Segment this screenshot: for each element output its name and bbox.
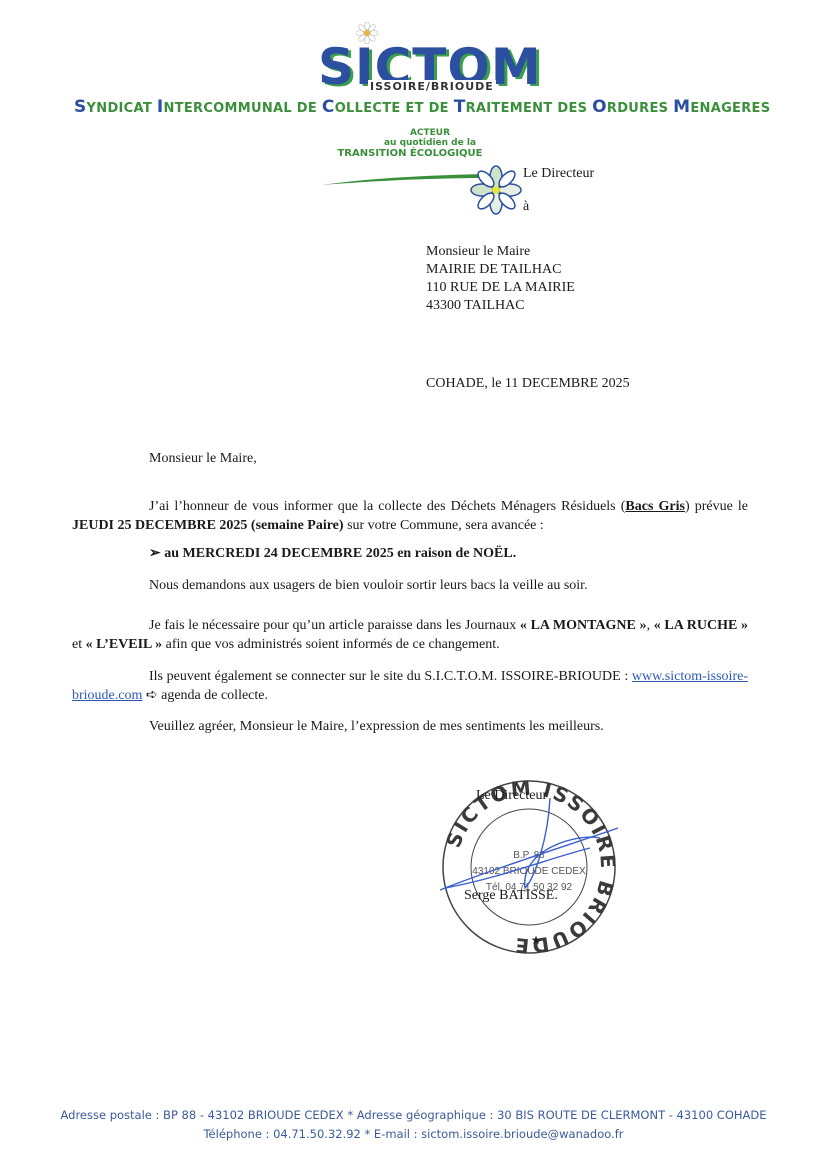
place-date: COHADE, le 11 DECEMBRE 2025 <box>426 376 630 392</box>
recipient-line: 110 RUE DE LA MAIRIE <box>426 279 575 297</box>
paragraph-press: Je fais le nécessaire pour qu’un article… <box>72 616 748 654</box>
footer-address: Adresse postale : BP 88 - 43102 BRIOUDE … <box>0 1106 827 1125</box>
salutation: Monsieur le Maire, <box>149 451 257 467</box>
slogan: ACTEUR au quotidien de la TRANSITION ÉCO… <box>325 128 495 159</box>
logo-subtitle: ISSOIRE/BRIOUDE <box>368 80 496 93</box>
org-word: COLLECTE ET DE <box>322 101 454 116</box>
to-label: à <box>523 199 529 215</box>
sictom-logo: SICTOM ISSOIRE/BRIOUDE <box>318 22 528 96</box>
new-date-notice: ➢ au MERCREDI 24 DECEMBRE 2025 en raison… <box>149 545 516 562</box>
sender: Le Directeur <box>523 166 594 182</box>
closing: Veuillez agréer, Monsieur le Maire, l’ex… <box>149 719 604 735</box>
arrow-right-icon: ➪ <box>142 688 161 703</box>
org-word: SYNDICAT <box>74 101 157 116</box>
signature-title: Le Directeur <box>476 788 547 804</box>
recipient-line: Monsieur le Maire <box>426 243 575 261</box>
bin-type: Bacs Gris <box>625 499 685 514</box>
arrow-bullet-icon: ➢ <box>149 546 161 561</box>
footer-contact: Adresse postale : BP 88 - 43102 BRIOUDE … <box>0 1106 827 1144</box>
green-swoosh-decoration <box>322 172 487 186</box>
org-word: INTERCOMMUNAL DE <box>157 101 322 116</box>
paragraph-collection-notice: J’ai l’honneur de vous informer que la c… <box>72 497 748 535</box>
org-word: ORDURES <box>592 101 673 116</box>
recipient-address: Monsieur le Maire MAIRIE DE TAILHAC 110 … <box>426 243 575 315</box>
signature-name: Serge BATISSE. <box>464 888 558 904</box>
recipient-line: MAIRIE DE TAILHAC <box>426 261 575 279</box>
original-date: JEUDI 25 DECEMBRE 2025 (semaine Paire) <box>72 518 344 533</box>
paragraph-website: Ils peuvent également se connecter sur l… <box>72 667 748 705</box>
official-stamp: SICTOM ISSOIRE BRIOUDE B.P. 88 43102 BRI… <box>440 778 618 956</box>
footer-phone-email: Téléphone : 04.71.50.32.92 * E-mail : si… <box>0 1125 827 1144</box>
svg-text:★: ★ <box>531 933 542 947</box>
org-word: TRAITEMENT DES <box>454 101 592 116</box>
organization-title: SYNDICAT INTERCOMMUNAL DE COLLECTE ET DE… <box>74 97 774 117</box>
flower-icon <box>470 165 522 215</box>
recipient-line: 43300 TAILHAC <box>426 297 575 315</box>
paragraph-instructions: Nous demandons aux usagers de bien voulo… <box>149 578 588 594</box>
org-word: MENAGERES <box>673 101 770 116</box>
